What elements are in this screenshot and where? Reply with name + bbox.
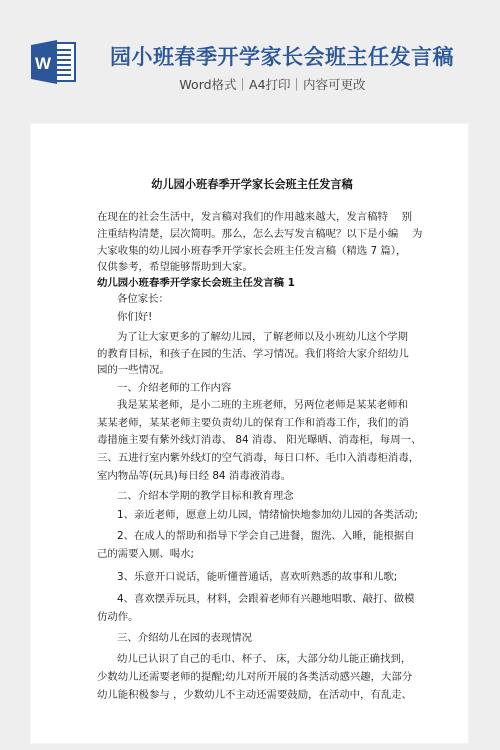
- paragraph-line: 我是某某老师，是小二班的主班老师，另两位老师是某某老师和: [117, 398, 408, 412]
- paragraph-line: 你们好!: [117, 310, 152, 324]
- paragraph-line: 三、介绍幼儿在园的表现情况: [117, 631, 252, 645]
- document-format-info: Word格式｜A4打印｜内容可更改: [110, 76, 435, 94]
- paragraph-line: 2、在成人的帮助和指导下学会自己进餐，盥洗、入睡，能根据自: [117, 529, 415, 543]
- paragraph-line: 幼儿能积极参与 ，少数幼儿不主动还需要鼓励，在活动中，有乱走、: [97, 688, 412, 702]
- word-document-icon: W: [31, 40, 77, 84]
- paragraph-line: 注重结构清楚，层次简明。那么，怎么去写发言稿呢？以下是小编 为: [97, 227, 422, 241]
- paragraph-line: 3、乐意开口说话，能听懂普通话，喜欢听熟悉的故事和儿歌;: [117, 570, 397, 584]
- svg-text:W: W: [35, 54, 52, 73]
- paragraph-line: 仿动作。: [97, 610, 139, 624]
- paragraph-line: 一、介绍老师的工作内容: [117, 381, 231, 395]
- paragraph-line: 园的一些情况。: [97, 363, 170, 377]
- paragraph-line: 己的需要入厕、喝水;: [97, 547, 194, 561]
- paragraph-line: 4、喜欢摆弄玩具，材料，会跟着老师有兴趣地唱歌、敲打、做模: [117, 592, 415, 606]
- paragraph-line: 的教育目标，和孩子在园的生活、学习情况。我们将给大家介绍幼儿: [97, 347, 409, 361]
- paragraph-line: 三、五进行室内紫外线灯的空气消毒，每日口杯、毛巾入消毒柜消毒，: [97, 451, 419, 465]
- paragraph-line: 为了让大家更多的了解幼儿园，了解老师以及小班幼儿这个学期: [117, 330, 408, 344]
- paragraph-line: 室内物品等(玩具)每日经 84 消毒液消毒。: [97, 469, 291, 483]
- paragraph-line: 1、亲近老师，愿意上幼儿园，情绪愉快地参加幼儿园的各类活动;: [117, 508, 418, 522]
- header: W 园小班春季开学家长会班主任发言稿 Word格式｜A4打印｜内容可更改: [0, 0, 500, 124]
- document-heading: 幼儿园小班春季开学家长会班主任发言稿: [97, 176, 407, 192]
- paragraph-line: 某某老师，某某老师主要负责幼儿的保育工作和消毒工作，我们的消: [97, 416, 409, 430]
- paragraph-line: 在现在的社会生活中，发言稿对我们的作用越来越大，发言稿特 别: [97, 210, 412, 224]
- paragraph-line: 幼儿已认识了自己的毛巾、杯子、 床，大部分幼儿能正确找到，: [117, 652, 411, 666]
- paragraph-line: 大家收集的幼儿园小班春季开学家长会班主任发言稿（精选 7 篇），: [97, 244, 406, 258]
- paragraph-line: 各位家长：: [117, 292, 169, 306]
- paragraph-line: 二、介绍本学期的教学目标和教育理念: [117, 489, 294, 503]
- document-page: 幼儿园小班春季开学家长会班主任发言稿 在现在的社会生活中，发言稿对我们的作用越来…: [31, 124, 468, 743]
- paragraph-line: 少数幼儿还需要老师的提醒;幼儿对所开展的各类活动感兴趣，大部分: [97, 670, 412, 684]
- section-heading: 幼儿园小班春季开学家长会班主任发言稿 1: [97, 276, 295, 290]
- paragraph-line: 仅供参考，希望能够帮助到大家。: [97, 260, 253, 274]
- paragraph-line: 毒措施主要有紫外线灯消毒、 84 消毒、 阳光曝晒、消毒柜，每周一、: [97, 433, 421, 447]
- document-title-banner: 园小班春季开学家长会班主任发言稿: [110, 43, 435, 71]
